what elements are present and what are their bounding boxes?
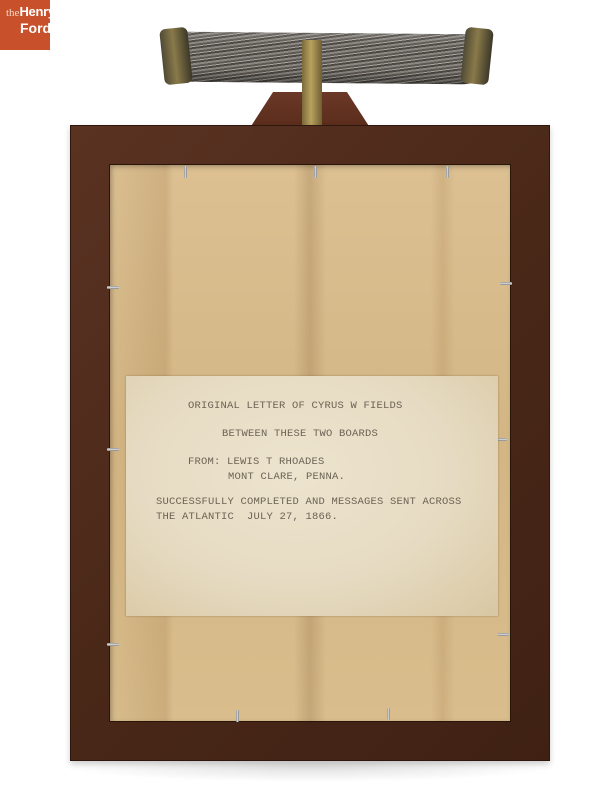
- logo-the: the: [6, 7, 19, 19]
- label-line-date: THE ATLANTIC JULY 27, 1866.: [156, 511, 338, 523]
- label-line-message: SUCCESSFULLY COMPLETED AND MESSAGES SENT…: [156, 496, 462, 508]
- label-line-title: ORIGINAL LETTER OF CYRUS W FIELDS: [188, 400, 403, 412]
- cable-section: [165, 32, 490, 85]
- tack: [446, 166, 449, 178]
- tack: [107, 643, 119, 646]
- tack: [107, 286, 119, 289]
- cable-end-cap-right: [460, 27, 494, 86]
- tack: [497, 633, 509, 636]
- tack: [184, 166, 187, 178]
- logo-ford: Ford: [20, 21, 50, 35]
- label-line-location: MONT CLARE, PENNA.: [228, 471, 345, 483]
- label-line-from: FROM: LEWIS T RHOADES: [188, 456, 325, 468]
- the-henry-ford-logo: theHenry Ford: [0, 0, 50, 50]
- tack: [500, 282, 512, 285]
- tack: [236, 710, 239, 722]
- tack: [107, 448, 119, 451]
- typed-label: ORIGINAL LETTER OF CYRUS W FIELDS BETWEE…: [126, 376, 498, 616]
- tack: [314, 166, 317, 178]
- label-line-subtitle: BETWEEN THESE TWO BOARDS: [222, 428, 378, 440]
- logo-henry: Henry: [19, 4, 54, 19]
- tack: [387, 708, 390, 720]
- cable-end-cap-left: [159, 27, 193, 86]
